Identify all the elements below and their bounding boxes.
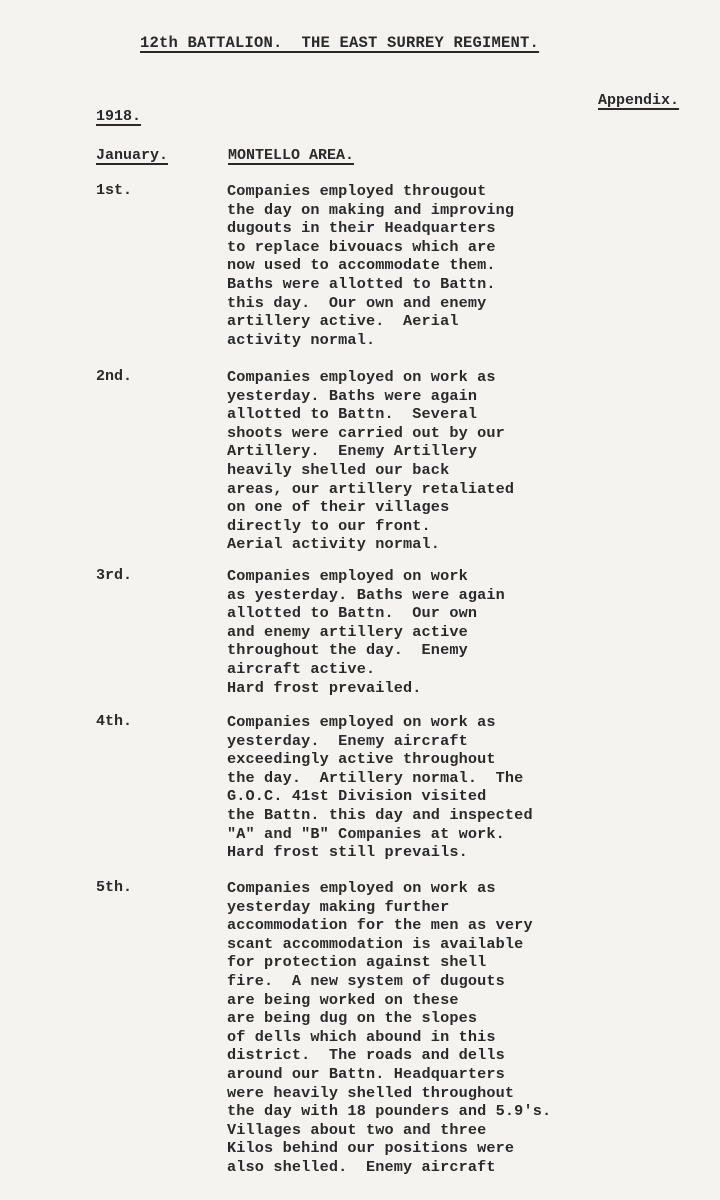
entry-text: Companies employed througout the day on …	[227, 182, 514, 349]
entry-text: Companies employed on work as yesterday …	[227, 879, 551, 1177]
document-title: 12th BATTALION. THE EAST SURREY REGIMENT…	[140, 34, 539, 52]
entry-day: 2nd.	[96, 368, 132, 385]
area-heading: MONTELLO AREA.	[228, 147, 354, 164]
entry-day: 3rd.	[96, 567, 132, 584]
entry-day: 5th.	[96, 879, 132, 896]
entry-text: Companies employed on work as yesterday.…	[227, 567, 505, 697]
appendix-label: Appendix.	[598, 92, 679, 109]
year-heading: 1918.	[96, 108, 141, 125]
entry-text: Companies employed on work as yesterday.…	[227, 368, 514, 554]
entry-day: 4th.	[96, 713, 132, 730]
entry-day: 1st.	[96, 182, 132, 199]
entry-text: Companies employed on work as yesterday.…	[227, 713, 533, 862]
month-heading: January.	[96, 147, 168, 164]
war-diary-page: 12th BATTALION. THE EAST SURREY REGIMENT…	[0, 0, 720, 1200]
